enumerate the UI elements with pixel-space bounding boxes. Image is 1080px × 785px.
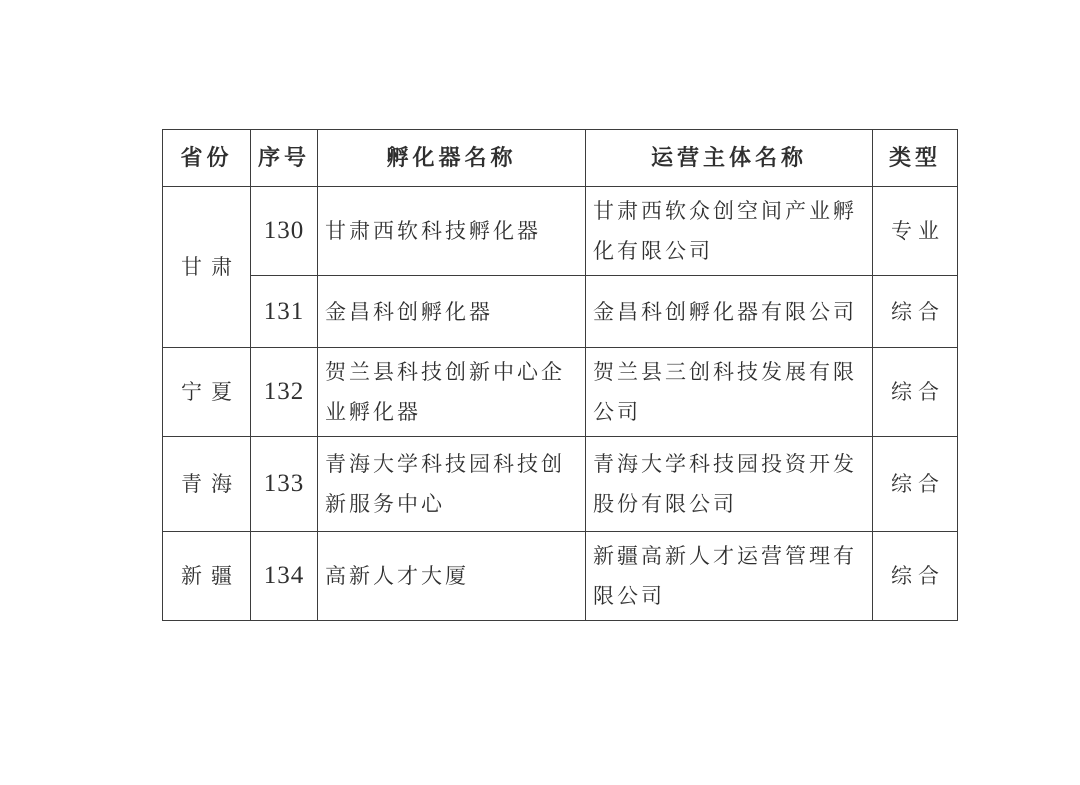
incubator-name-cell: 金昌科创孵化器 — [318, 276, 586, 348]
serial-cell: 134 — [251, 532, 318, 621]
table-row: 新疆 134 高新人才大厦 新疆高新人才运营管理有限公司 综合 — [163, 532, 958, 621]
serial-cell: 131 — [251, 276, 318, 348]
serial-cell: 133 — [251, 437, 318, 532]
table-row: 131 金昌科创孵化器 金昌科创孵化器有限公司 综合 — [163, 276, 958, 348]
type-cell: 专业 — [873, 187, 958, 276]
table-header-row: 省份 序号 孵化器名称 运营主体名称 类型 — [163, 130, 958, 187]
province-cell: 宁夏 — [163, 348, 251, 437]
table-row: 宁夏 132 贺兰县科技创新中心企业孵化器 贺兰县三创科技发展有限公司 综合 — [163, 348, 958, 437]
incubator-name-cell: 青海大学科技园科技创新服务中心 — [318, 437, 586, 532]
header-cell-province: 省份 — [163, 130, 251, 187]
type-cell: 综合 — [873, 437, 958, 532]
serial-cell: 130 — [251, 187, 318, 276]
table-row: 甘肃 130 甘肃西软科技孵化器 甘肃西软众创空间产业孵化有限公司 专业 — [163, 187, 958, 276]
type-cell: 综合 — [873, 532, 958, 621]
operator-name-cell: 甘肃西软众创空间产业孵化有限公司 — [586, 187, 873, 276]
header-cell-serial: 序号 — [251, 130, 318, 187]
incubator-table: 省份 序号 孵化器名称 运营主体名称 类型 甘肃 130 甘肃西软科技孵化器 甘… — [162, 129, 958, 621]
header-cell-type: 类型 — [873, 130, 958, 187]
operator-name-cell: 青海大学科技园投资开发股份有限公司 — [586, 437, 873, 532]
province-cell: 甘肃 — [163, 187, 251, 348]
operator-name-cell: 新疆高新人才运营管理有限公司 — [586, 532, 873, 621]
province-cell: 新疆 — [163, 532, 251, 621]
type-cell: 综合 — [873, 276, 958, 348]
header-cell-operator-name: 运营主体名称 — [586, 130, 873, 187]
operator-name-cell: 贺兰县三创科技发展有限公司 — [586, 348, 873, 437]
document-page: 省份 序号 孵化器名称 运营主体名称 类型 甘肃 130 甘肃西软科技孵化器 甘… — [0, 0, 1080, 785]
incubator-name-cell: 贺兰县科技创新中心企业孵化器 — [318, 348, 586, 437]
incubator-name-cell: 高新人才大厦 — [318, 532, 586, 621]
province-cell: 青海 — [163, 437, 251, 532]
serial-cell: 132 — [251, 348, 318, 437]
header-cell-incubator-name: 孵化器名称 — [318, 130, 586, 187]
table-row: 青海 133 青海大学科技园科技创新服务中心 青海大学科技园投资开发股份有限公司… — [163, 437, 958, 532]
type-cell: 综合 — [873, 348, 958, 437]
operator-name-cell: 金昌科创孵化器有限公司 — [586, 276, 873, 348]
incubator-name-cell: 甘肃西软科技孵化器 — [318, 187, 586, 276]
